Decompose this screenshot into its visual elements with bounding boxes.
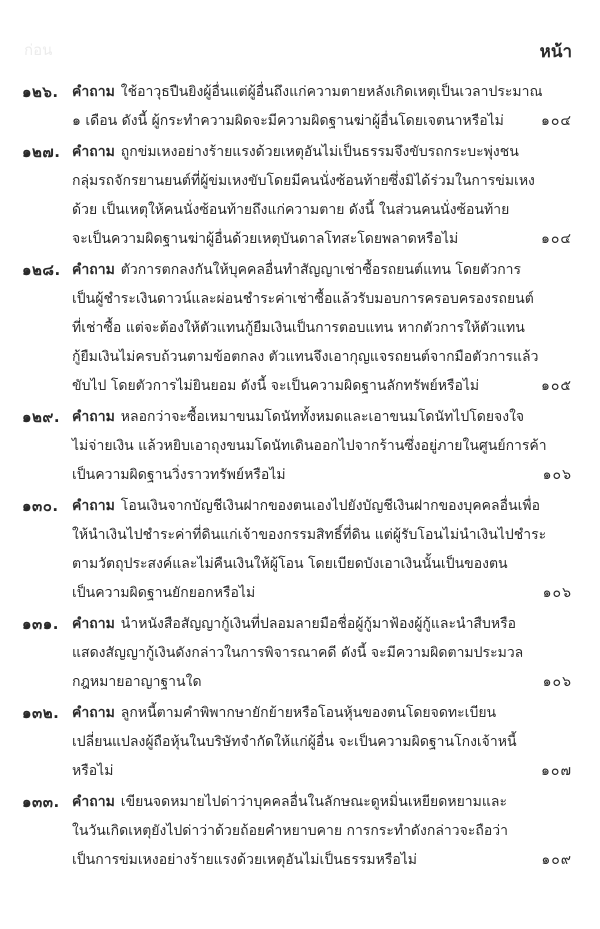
entry-text-line: ด้วย เป็นเหตุให้คนนั่งซ้อนท้ายถึงแก่ความ… bbox=[72, 196, 572, 225]
bleed-through-text: ก่อน bbox=[24, 38, 52, 62]
entry-text-line: คำถามใช้อาวุธปืนยิงผู้อื่นแต่ผู้อื่นถึงแ… bbox=[72, 78, 572, 107]
line-text: หลอกว่าจะซื้อเหมาขนมโดนัททั้งหมดและเอาขน… bbox=[121, 409, 524, 425]
line-text: หรือไม่ bbox=[72, 763, 113, 779]
entry-text-line: เปลี่ยนแปลงผู้ถือหุ้นในบริษัทจำกัดให้แก่… bbox=[72, 728, 572, 757]
page-number: ๑๐๙ bbox=[541, 846, 572, 875]
entry-number: ๑๒๗. bbox=[22, 138, 60, 167]
entry-text-line: คำถามลูกหนี้ตามคำพิพากษายักย้ายหรือโอนหุ… bbox=[72, 699, 572, 728]
page-number: ๑๐๖ bbox=[543, 668, 572, 697]
question-label: คำถาม bbox=[72, 794, 115, 810]
page-number: ๑๐๕ bbox=[541, 372, 572, 401]
line-text: ไม่จ่ายเงิน แล้วหยิบเอาถุงขนมโดนัทเดินออ… bbox=[72, 438, 547, 454]
page-number: ๑๐๔ bbox=[541, 107, 572, 136]
line-text: เป็นการข่มเหงอย่างร้ายแรงด้วยเหตุอันไม่เ… bbox=[72, 852, 417, 868]
line-text: กู้ยืมเงินไม่ครบถ้วนตามข้อตกลง ตัวแทนจึง… bbox=[72, 349, 538, 365]
line-text: ถูกข่มเหงอย่างร้ายแรงด้วยเหตุอันไม่เป็นธ… bbox=[121, 144, 519, 160]
index-entry: ๑๓๑.คำถามนำหนังสือสัญญากู้เงินที่ปลอมลาย… bbox=[0, 610, 600, 697]
page-number: ๑๐๗ bbox=[541, 757, 572, 786]
question-label: คำถาม bbox=[72, 616, 115, 632]
page-number: ๑๐๖ bbox=[543, 461, 572, 490]
index-entry: ๑๓๐.คำถามโอนเงินจากบัญชีเงินฝากของตนเองไ… bbox=[0, 492, 600, 608]
entry-text-line: คำถามโอนเงินจากบัญชีเงินฝากของตนเองไปยัง… bbox=[72, 492, 572, 521]
entry-number: ๑๓๒. bbox=[22, 699, 59, 728]
entry-number: ๑๒๘. bbox=[22, 256, 61, 285]
entry-text-line: ๑ เดือน ดังนี้ ผู้กระทำความผิดจะมีความผิ… bbox=[72, 107, 572, 136]
line-text: ให้นำเงินไปชำระค่าที่ดินแก่เจ้าของกรรมสิ… bbox=[72, 527, 546, 543]
entry-text-line: คำถามถูกข่มเหงอย่างร้ายแรงด้วยเหตุอันไม่… bbox=[72, 138, 572, 167]
line-text: กฎหมายอาญาฐานใด bbox=[72, 674, 202, 690]
page-column-header: หน้า bbox=[540, 38, 572, 65]
entry-text-line: หรือไม่๑๐๗ bbox=[72, 757, 572, 786]
entry-text-line: กลุ่มรถจักรยานยนต์ที่ผู้ข่มเหงขับโดยมีคน… bbox=[72, 167, 572, 196]
entry-text-line: ขับไป โดยตัวการไม่ยินยอม ดังนี้ จะเป็นคว… bbox=[72, 372, 572, 401]
index-entry: ๑๒๙.คำถามหลอกว่าจะซื้อเหมาขนมโดนัททั้งหม… bbox=[0, 403, 600, 490]
entry-text-line: จะเป็นความผิดฐานฆ่าผู้อื่นด้วยเหตุบันดาล… bbox=[72, 225, 572, 254]
page-number: ๑๐๔ bbox=[541, 225, 572, 254]
question-label: คำถาม bbox=[72, 705, 115, 721]
entry-number: ๑๓๑. bbox=[22, 610, 59, 639]
entry-number: ๑๒๙. bbox=[22, 403, 60, 432]
question-label: คำถาม bbox=[72, 409, 115, 425]
entry-text-line: คำถามเขียนจดหมายไปด่าว่าบุคคลอื่นในลักษณ… bbox=[72, 788, 572, 817]
line-text: โอนเงินจากบัญชีเงินฝากของตนเองไปยังบัญชี… bbox=[121, 498, 540, 514]
line-text: ตามวัตถุประสงค์และไม่คืนเงินให้ผู้โอน โด… bbox=[72, 556, 508, 572]
entry-text-line: เป็นความผิดฐานยักยอกหรือไม่๑๐๖ bbox=[72, 579, 572, 608]
question-index-list: ๑๒๖.คำถามใช้อาวุธปืนยิงผู้อื่นแต่ผู้อื่น… bbox=[0, 78, 600, 877]
entry-text-line: แสดงสัญญากู้เงินดังกล่าวในการพิจารณาคดี … bbox=[72, 639, 572, 668]
entry-number: ๑๓๓. bbox=[22, 788, 60, 817]
line-text: ตัวการตกลงกันให้บุคคลอื่นทำสัญญาเช่าซื้อ… bbox=[121, 262, 521, 278]
line-text: ขับไป โดยตัวการไม่ยินยอม ดังนี้ จะเป็นคว… bbox=[72, 378, 479, 394]
index-entry: ๑๒๖.คำถามใช้อาวุธปืนยิงผู้อื่นแต่ผู้อื่น… bbox=[0, 78, 600, 136]
index-entry: ๑๒๘.คำถามตัวการตกลงกันให้บุคคลอื่นทำสัญญ… bbox=[0, 256, 600, 401]
line-text: จะเป็นความผิดฐานฆ่าผู้อื่นด้วยเหตุบันดาล… bbox=[72, 231, 458, 247]
question-label: คำถาม bbox=[72, 262, 115, 278]
entry-number: ๑๒๖. bbox=[22, 78, 59, 107]
page-number: ๑๐๖ bbox=[543, 579, 572, 608]
question-label: คำถาม bbox=[72, 84, 115, 100]
entry-text-line: คำถามนำหนังสือสัญญากู้เงินที่ปลอมลายมือช… bbox=[72, 610, 572, 639]
line-text: เปลี่ยนแปลงผู้ถือหุ้นในบริษัทจำกัดให้แก่… bbox=[72, 734, 517, 750]
line-text: แสดงสัญญากู้เงินดังกล่าวในการพิจารณาคดี … bbox=[72, 645, 523, 661]
line-text: เขียนจดหมายไปด่าว่าบุคคลอื่นในลักษณะดูหม… bbox=[121, 794, 507, 810]
entry-text-line: ตามวัตถุประสงค์และไม่คืนเงินให้ผู้โอน โด… bbox=[72, 550, 572, 579]
entry-text-line: กฎหมายอาญาฐานใด๑๐๖ bbox=[72, 668, 572, 697]
index-entry: ๑๒๗.คำถามถูกข่มเหงอย่างร้ายแรงด้วยเหตุอั… bbox=[0, 138, 600, 254]
entry-text-line: เป็นความผิดฐานวิ่งราวทรัพย์หรือไม่๑๐๖ bbox=[72, 461, 572, 490]
entry-text-line: เป็นผู้ชำระเงินดาวน์และผ่อนชำระค่าเช่าซื… bbox=[72, 285, 572, 314]
index-entry: ๑๓๓.คำถามเขียนจดหมายไปด่าว่าบุคคลอื่นในล… bbox=[0, 788, 600, 875]
line-text: ในวันเกิดเหตุยังไปด่าว่าด้วยถ้อยคำหยาบคา… bbox=[72, 823, 508, 839]
entry-text-line: เป็นการข่มเหงอย่างร้ายแรงด้วยเหตุอันไม่เ… bbox=[72, 846, 572, 875]
line-text: ใช้อาวุธปืนยิงผู้อื่นแต่ผู้อื่นถึงแก่ควา… bbox=[121, 84, 543, 100]
line-text: เป็นความผิดฐานวิ่งราวทรัพย์หรือไม่ bbox=[72, 467, 286, 483]
entry-text-line: กู้ยืมเงินไม่ครบถ้วนตามข้อตกลง ตัวแทนจึง… bbox=[72, 343, 572, 372]
index-entry: ๑๓๒.คำถามลูกหนี้ตามคำพิพากษายักย้ายหรือโ… bbox=[0, 699, 600, 786]
entry-text-line: คำถามหลอกว่าจะซื้อเหมาขนมโดนัททั้งหมดและ… bbox=[72, 403, 572, 432]
line-text: ที่เช่าซื้อ แต่จะต้องให้ตัวแทนกู้ยืมเงิน… bbox=[72, 320, 525, 336]
entry-text-line: ให้นำเงินไปชำระค่าที่ดินแก่เจ้าของกรรมสิ… bbox=[72, 521, 572, 550]
line-text: นำหนังสือสัญญากู้เงินที่ปลอมลายมือชื่อผู… bbox=[121, 616, 516, 632]
entry-number: ๑๓๐. bbox=[22, 492, 59, 521]
entry-text-line: คำถามตัวการตกลงกันให้บุคคลอื่นทำสัญญาเช่… bbox=[72, 256, 572, 285]
line-text: เป็นความผิดฐานยักยอกหรือไม่ bbox=[72, 585, 255, 601]
question-label: คำถาม bbox=[72, 498, 115, 514]
line-text: กลุ่มรถจักรยานยนต์ที่ผู้ข่มเหงขับโดยมีคน… bbox=[72, 173, 535, 189]
entry-text-line: ที่เช่าซื้อ แต่จะต้องให้ตัวแทนกู้ยืมเงิน… bbox=[72, 314, 572, 343]
line-text: ๑ เดือน ดังนี้ ผู้กระทำความผิดจะมีความผิ… bbox=[72, 113, 504, 129]
line-text: ลูกหนี้ตามคำพิพากษายักย้ายหรือโอนหุ้นของ… bbox=[121, 705, 496, 721]
question-label: คำถาม bbox=[72, 144, 115, 160]
entry-text-line: ไม่จ่ายเงิน แล้วหยิบเอาถุงขนมโดนัทเดินออ… bbox=[72, 432, 572, 461]
line-text: ด้วย เป็นเหตุให้คนนั่งซ้อนท้ายถึงแก่ความ… bbox=[72, 202, 509, 218]
line-text: เป็นผู้ชำระเงินดาวน์และผ่อนชำระค่าเช่าซื… bbox=[72, 291, 534, 307]
entry-text-line: ในวันเกิดเหตุยังไปด่าว่าด้วยถ้อยคำหยาบคา… bbox=[72, 817, 572, 846]
